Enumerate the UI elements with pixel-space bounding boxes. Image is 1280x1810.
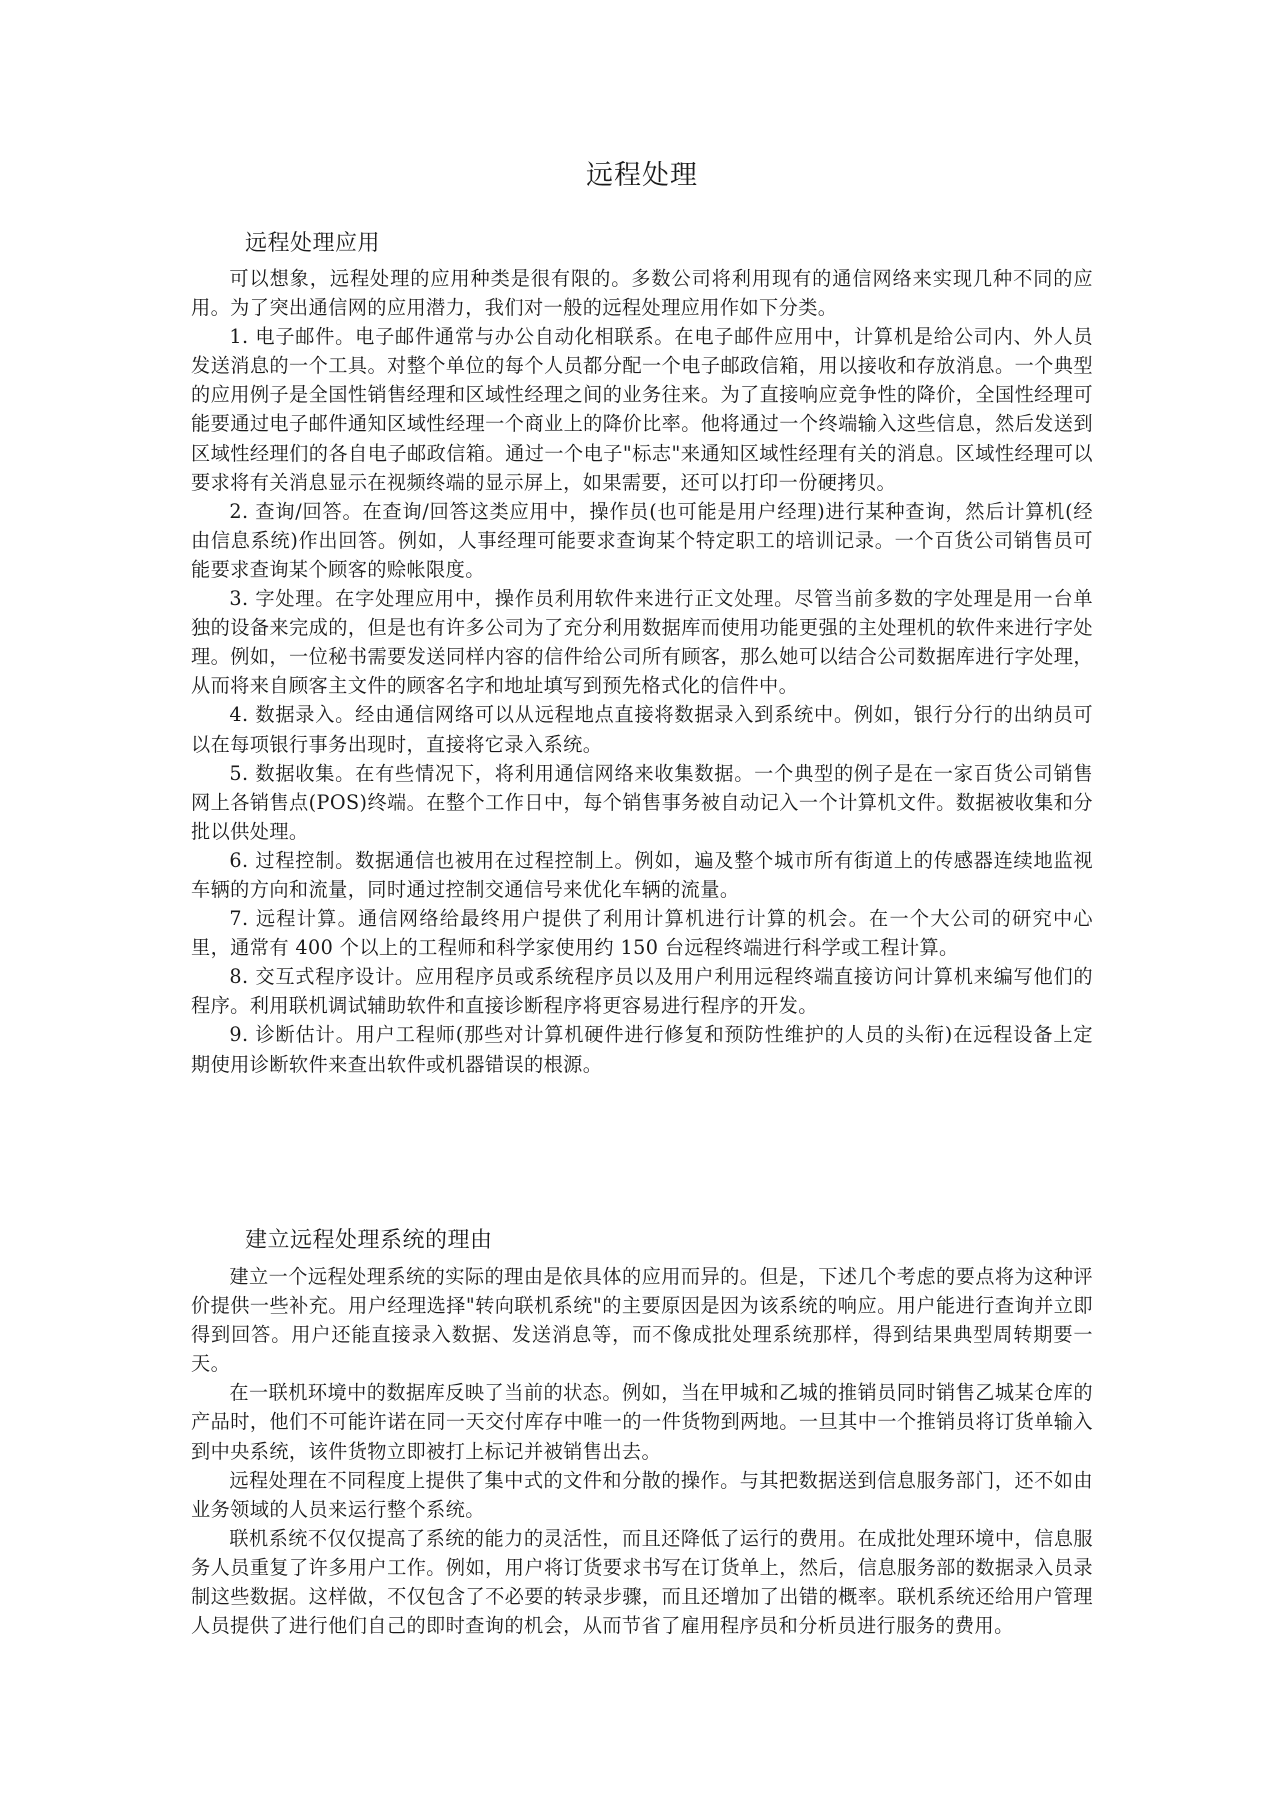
- paragraph-process-control: 6. 过程控制。数据通信也被用在过程控制上。例如，遍及整个城市所有街道上的传感器…: [191, 846, 1093, 904]
- paragraph-word-processing: 3. 字处理。在字处理应用中，操作员利用软件来进行正文处理。尽管当前多数的字处理…: [191, 584, 1093, 700]
- paragraph-data-entry: 4. 数据录入。经由通信网络可以从远程地点直接将数据录入到系统中。例如，银行分行…: [191, 700, 1093, 758]
- paragraph-diagnostics: 9. 诊断估计。用户工程师(那些对计算机硬件进行修复和预防性维护的人员的头衔)在…: [191, 1020, 1093, 1078]
- paragraph-reasons-response: 建立一个远程处理系统的实际的理由是依具体的应用而异的。但是，下述几个考虑的要点将…: [191, 1262, 1093, 1378]
- paragraph-remote-computing: 7. 远程计算。通信网络给最终用户提供了利用计算机进行计算的机会。在一个大公司的…: [191, 904, 1093, 962]
- paragraph-reasons-cost: 联机系统不仅仅提高了系统的能力的灵活性，而且还降低了运行的费用。在成批处理环境中…: [191, 1524, 1093, 1640]
- paragraph-email: 1. 电子邮件。电子邮件通常与办公自动化相联系。在电子邮件应用中，计算机是给公司…: [191, 322, 1093, 497]
- paragraph-inquiry: 2. 查询/回答。在查询/回答这类应用中，操作员(也可能是用户经理)进行某种查询…: [191, 497, 1093, 584]
- paragraph-interactive-programming: 8. 交互式程序设计。应用程序员或系统程序员以及用户利用远程终端直接访问计算机来…: [191, 962, 1093, 1020]
- paragraph-data-collection: 5. 数据收集。在有些情况下，将利用通信网络来收集数据。一个典型的例子是在一家百…: [191, 759, 1093, 846]
- section-heading-applications: 远程处理应用: [245, 229, 380, 259]
- paragraph-reasons-distributed: 远程处理在不同程度上提供了集中式的文件和分散的操作。与其把数据送到信息服务部门，…: [191, 1466, 1093, 1524]
- section-heading-reasons: 建立远程处理系统的理由: [245, 1226, 493, 1256]
- section-body-reasons: 建立一个远程处理系统的实际的理由是依具体的应用而异的。但是，下述几个考虑的要点将…: [191, 1262, 1093, 1640]
- document-title: 远程处理: [191, 158, 1093, 194]
- section-body-applications: 可以想象，远程处理的应用种类是很有限的。多数公司将利用现有的通信网络来实现几种不…: [191, 264, 1093, 1079]
- paragraph-intro: 可以想象，远程处理的应用种类是很有限的。多数公司将利用现有的通信网络来实现几种不…: [191, 264, 1093, 322]
- paragraph-reasons-database: 在一联机环境中的数据库反映了当前的状态。例如，当在甲城和乙城的推销员同时销售乙城…: [191, 1378, 1093, 1465]
